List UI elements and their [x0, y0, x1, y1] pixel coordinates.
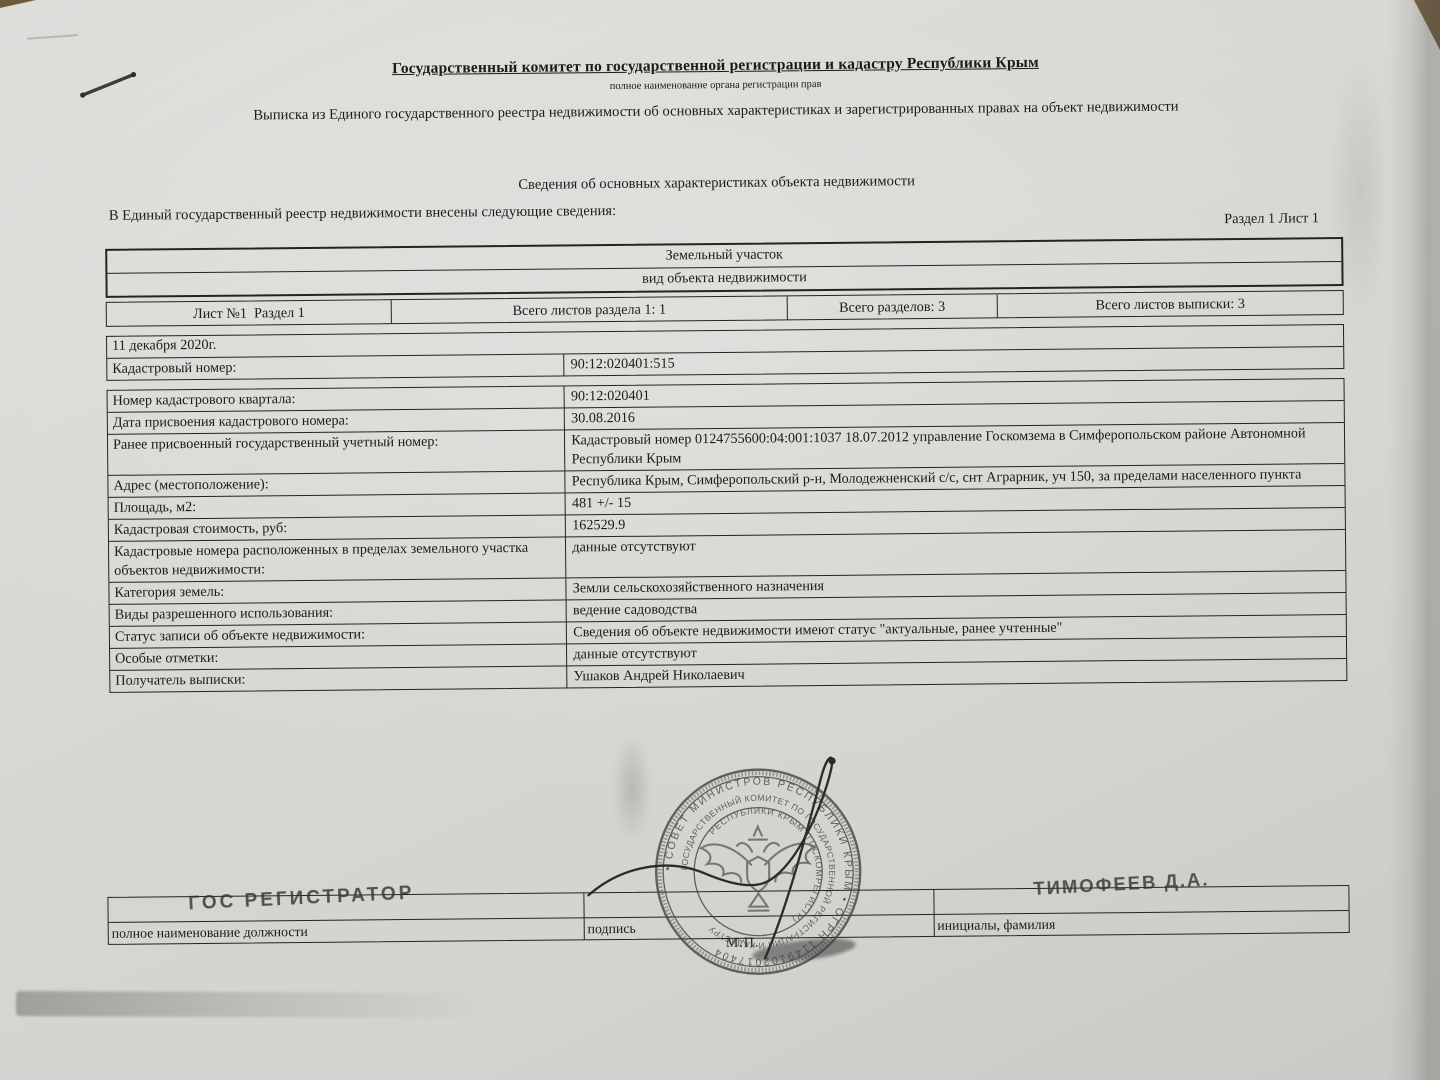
fold-shadow [16, 991, 486, 1018]
section-heading: Сведения об основных характеристиках объ… [0, 168, 1437, 199]
extract-date: 11 декабря 2020г. [107, 336, 216, 358]
row-label: Ранее присвоенный государственный учетны… [108, 430, 566, 474]
row-label: Кадастровая стоимость, руб: [109, 515, 566, 540]
row-value: Кадастровый номер 0124755600:04:001:1037… [565, 423, 1344, 470]
pen-scribble-mark [0, 5, 216, 137]
section-sheets-total-cell: Всего листов раздела 1: 1 [391, 296, 787, 323]
row-label: Особые отметки: [110, 644, 567, 669]
row-label: Получатель выписки: [110, 666, 567, 691]
row-label: Адрес (местоположение): [108, 471, 565, 496]
row-value: данные отсутствуют [566, 530, 1345, 577]
row-label: Кадастровый номер: [107, 354, 564, 379]
characteristics-table: Номер кадастрового квартала: 90:12:02040… [107, 378, 1348, 693]
name-caption: инициалы, фамилия [933, 911, 1349, 936]
row-label: Категория земель: [109, 578, 566, 603]
intro-line: В Единый государственный реестр недвижим… [109, 203, 616, 225]
object-type-table: Земельный участок вид объекта недвижимос… [105, 237, 1343, 298]
row-label: Виды разрешенного использования: [110, 600, 567, 625]
date-and-number-table: 11 декабря 2020г. Кадастровый номер: 90:… [106, 324, 1344, 381]
role-caption: полное наименование должности [109, 918, 584, 944]
row-label: Дата присвоения кадастрового номера: [108, 408, 565, 433]
section-sheet-reference: Раздел 1 Лист 1 [1224, 210, 1319, 228]
photographed-document: { "page": { "header": { "authority": "Го… [0, 0, 1440, 1080]
handwritten-signature [542, 740, 904, 1003]
row-label: Площадь, м2: [109, 493, 566, 518]
extract-sheets-total-cell: Всего листов выписки: 3 [997, 291, 1343, 317]
row-label: Кадастровые номера расположенных в преде… [109, 537, 567, 581]
row-label: Номер кадастрового квартала: [108, 386, 565, 411]
row-label: Статус записи об объекте недвижимости: [110, 622, 567, 647]
sheet-number-cell: Лист №1 Раздел 1 [107, 300, 391, 326]
scan-smudge [612, 732, 652, 844]
sections-total-cell: Всего разделов: 3 [786, 294, 996, 319]
document-content: Государственный комитет по государственн… [0, 0, 1440, 1080]
